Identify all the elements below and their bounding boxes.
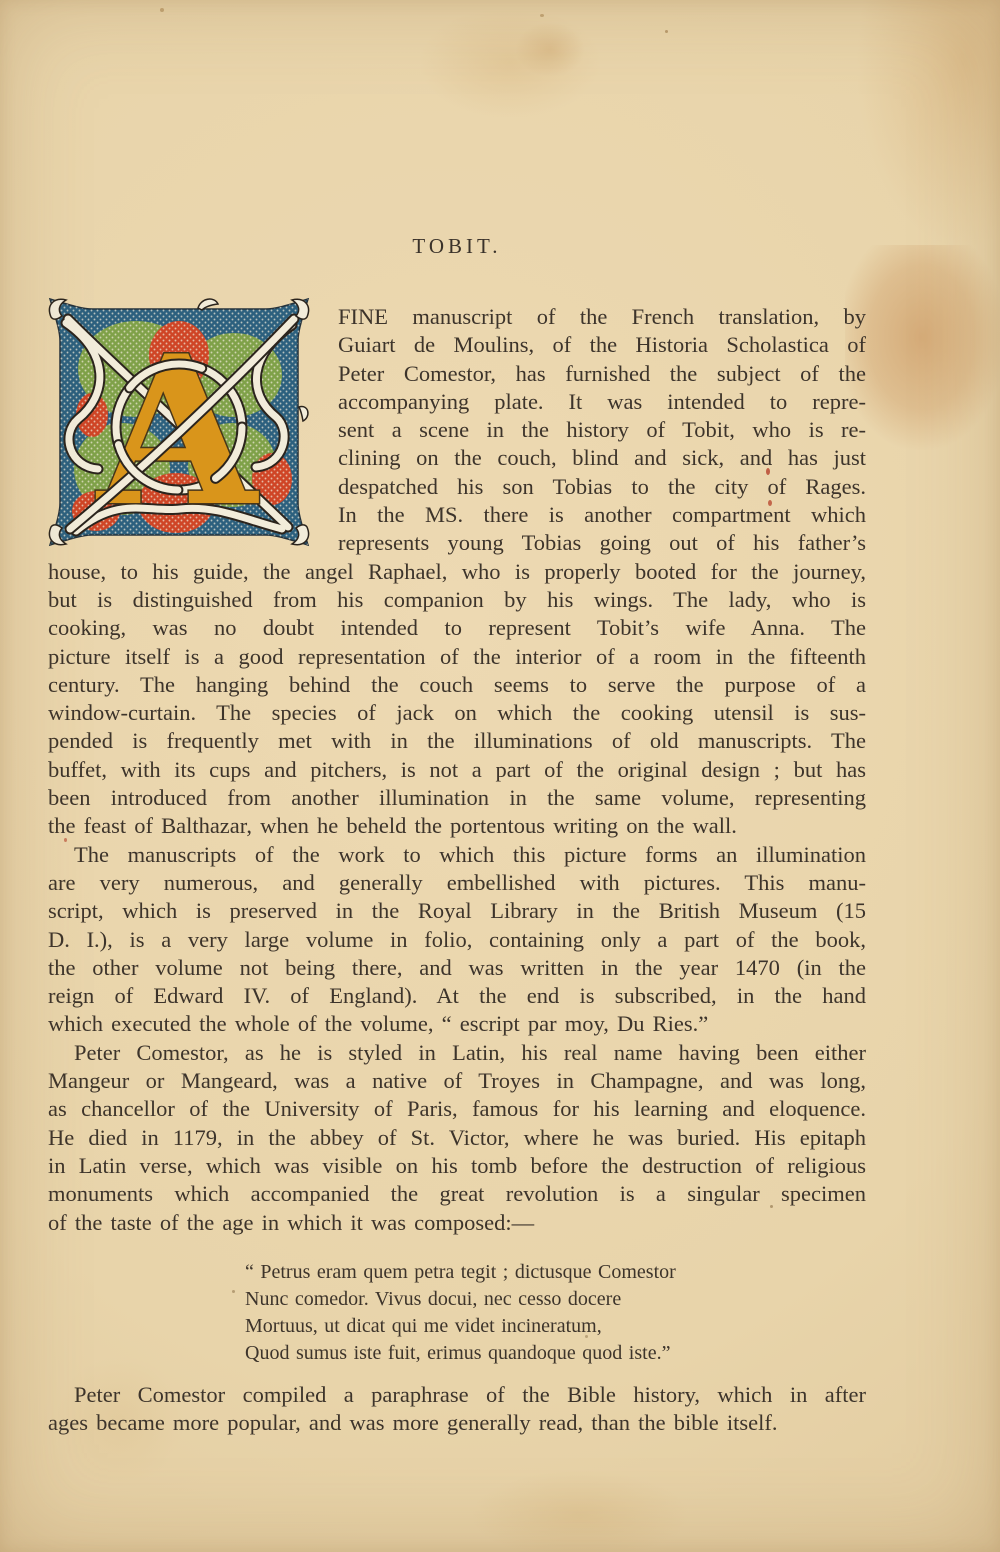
illuminated-initial-artwork: A	[48, 297, 310, 547]
paragraph-2: The manuscripts of the work to which thi…	[48, 841, 866, 1039]
text-line: buffet, with its cups and pitchers, is n…	[48, 756, 866, 784]
text-line: pended is frequently met with in the ill…	[48, 727, 866, 755]
stain	[470, 1470, 690, 1552]
text-line: are very numerous, and generally embelli…	[48, 869, 866, 897]
text-line: house, to his guide, the angel Raphael, …	[48, 558, 866, 586]
text-line: but is distinguished from his companion …	[48, 586, 866, 614]
stain	[845, 245, 1000, 450]
text-line: been introduced from another illuminatio…	[48, 784, 866, 812]
text-line: Peter Comestor compiled a paraphrase of …	[48, 1381, 866, 1409]
text-line: the feast of Balthazar, when he beheld t…	[48, 812, 866, 840]
text-line: He died in 1179, in the abbey of St. Vic…	[48, 1124, 866, 1152]
text-line: reign of Edward IV. of England). At the …	[48, 982, 866, 1010]
book-page: TOBIT.	[0, 0, 1000, 1552]
paragraph-4: Peter Comestor compiled a paraphrase of …	[48, 1381, 866, 1438]
text-line: cooking, was no doubt intended to repres…	[48, 614, 866, 642]
paragraph-3: Peter Comestor, as he is styled in Latin…	[48, 1039, 866, 1237]
speck	[665, 30, 668, 33]
text-line: ages became more popular, and was more g…	[48, 1409, 866, 1437]
text-line: picture itself is a good representation …	[48, 643, 866, 671]
text-line: century. The hanging behind the couch se…	[48, 671, 866, 699]
verse-lines: “ Petrus eram quem petra tegit ; dictusq…	[245, 1259, 866, 1367]
speck	[540, 14, 544, 17]
text-line: window-curtain. The species of jack on w…	[48, 699, 866, 727]
text-line: Mangeur or Mangeard, was a native of Tro…	[48, 1067, 866, 1095]
stain	[415, 5, 605, 120]
illuminated-initial: A	[48, 297, 310, 547]
text-line: Mortuus, ut dicat qui me videt incinerat…	[245, 1313, 866, 1340]
text-line: of the taste of the age in which it was …	[48, 1209, 866, 1237]
text-line: as chancellor of the University of Paris…	[48, 1095, 866, 1123]
text-line: Quod sumus iste fuit, erimus quandoque q…	[245, 1340, 866, 1367]
text-line: “ Petrus eram quem petra tegit ; dictusq…	[245, 1259, 866, 1286]
text-line: in Latin verse, which was visible on his…	[48, 1152, 866, 1180]
text-line: The manuscripts of the work to which thi…	[48, 841, 866, 869]
text-line: D. I.), is a very large volume in folio,…	[48, 926, 866, 954]
text-line: the other volume not being there, and wa…	[48, 954, 866, 982]
paragraph-1: A	[48, 303, 866, 841]
paragraph-lines: The manuscripts of the work to which thi…	[48, 841, 866, 1039]
latin-epitaph-verse: “ Petrus eram quem petra tegit ; dictusq…	[245, 1259, 866, 1367]
stain	[515, 22, 585, 77]
stain	[855, 0, 1000, 250]
text-line: Nunc comedor. Vivus docui, nec cesso doc…	[245, 1286, 866, 1313]
page-title: TOBIT.	[48, 233, 866, 259]
text-line: monuments which accompanied the great re…	[48, 1180, 866, 1208]
paragraph-lines: Peter Comestor, as he is styled in Latin…	[48, 1039, 866, 1237]
text-line: script, which is preserved in the Royal …	[48, 897, 866, 925]
text-block: TOBIT.	[48, 233, 866, 1437]
text-line: which executed the whole of the volume, …	[48, 1010, 866, 1038]
text-line: Peter Comestor, as he is styled in Latin…	[48, 1039, 866, 1067]
paragraph-lines: Peter Comestor compiled a paraphrase of …	[48, 1381, 866, 1438]
speck	[160, 8, 164, 12]
